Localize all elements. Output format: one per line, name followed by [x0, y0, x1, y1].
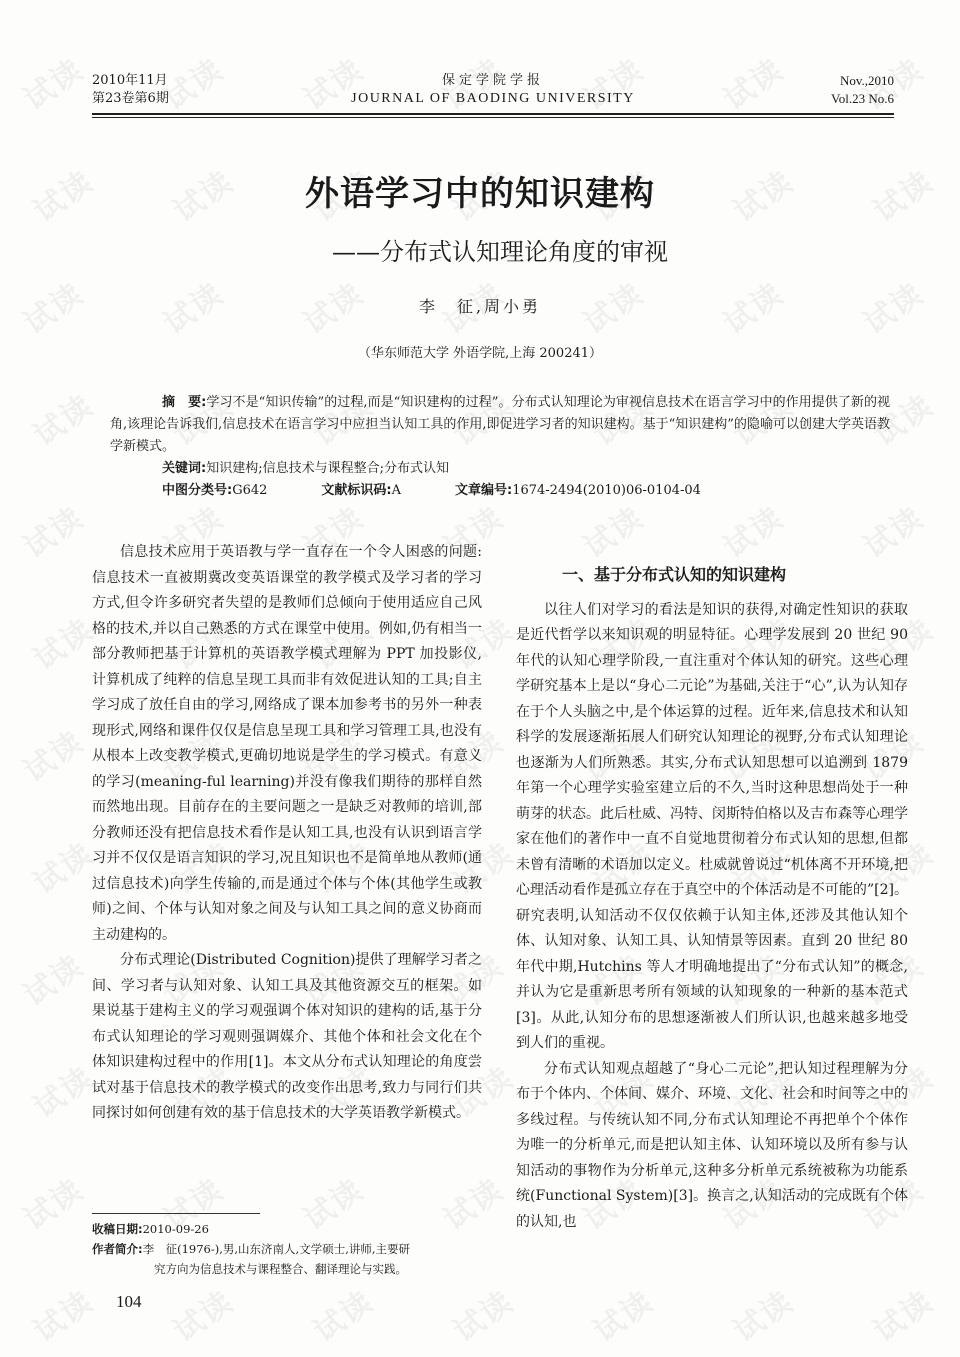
- abstract-text: 学习不是“知识传输”的过程,而是“知识建构的过程”。分布式认知理论为审视信息技术…: [110, 395, 890, 454]
- journal-name-en: JOURNAL OF BAODING UNIVERSITY: [92, 90, 894, 108]
- page-number: 104: [116, 1292, 142, 1312]
- bio-line-1: 李 征(1976-),男,山东济南人,文学硕士,讲师,主要研: [143, 1242, 410, 1256]
- received-value: 2010-09-26: [143, 1222, 209, 1236]
- clc-field: 中图分类号:G642: [162, 480, 267, 502]
- body-paragraph: 分布式理论(Distributed Cognition)提供了理解学习者之间、学…: [92, 948, 482, 1127]
- header-center: 保定学院学报 JOURNAL OF BAODING UNIVERSITY: [92, 72, 894, 108]
- clc-value: G642: [232, 483, 267, 498]
- keywords-value: 知识建构;信息技术与课程整合;分布式认知: [206, 461, 449, 476]
- abstract-label: 摘 要:: [162, 395, 206, 410]
- abstract-block: 摘 要:学习不是“知识传输”的过程,而是“知识建构的过程”。分布式认知理论为审视…: [110, 392, 890, 502]
- body-column-left: 信息技术应用于英语教与学一直存在一个令人困惑的问题:信息技术一直被期冀改变英语课…: [92, 540, 482, 1127]
- article-subtitle: ——分布式认知理论角度的审视: [0, 232, 960, 267]
- issue-volume-en: Vol.23 No.6: [831, 90, 894, 108]
- doc-code-field: 文献标识码:A: [321, 480, 401, 502]
- article-authors: 李 征,周小勇: [0, 294, 960, 317]
- received-label: 收稿日期:: [92, 1222, 143, 1236]
- footnote-divider: [92, 1213, 260, 1214]
- header-rule-thick: [92, 113, 894, 115]
- article-no-label: 文章编号:: [455, 483, 512, 498]
- running-header: 2010年11月 第23卷第6期 保定学院学报 JOURNAL OF BAODI…: [92, 72, 894, 112]
- doc-code-label: 文献标识码:: [321, 483, 391, 498]
- issue-date-en: Nov.,2010: [831, 72, 894, 90]
- author-bio: 作者简介:李 征(1976-),男,山东济南人,文学硕士,讲师,主要研: [92, 1239, 492, 1259]
- classification-line: 中图分类号:G642 文献标识码:A 文章编号:1674-2494(2010)0…: [162, 480, 890, 502]
- article-no-field: 文章编号:1674-2494(2010)06-0104-04: [455, 480, 701, 502]
- body-paragraph: 信息技术应用于英语教与学一直存在一个令人困惑的问题:信息技术一直被期冀改变英语课…: [92, 540, 482, 948]
- footnotes: 收稿日期:2010-09-26 作者简介:李 征(1976-),男,山东济南人,…: [92, 1219, 492, 1279]
- keywords-line: 关键词:知识建构;信息技术与课程整合;分布式认知: [162, 458, 890, 480]
- bio-line-2: 究方向为信息技术与课程整合、翻译理论与实践。: [92, 1259, 492, 1279]
- body-paragraph: 以往人们对学习的看法是知识的获得,对确定性知识的获取是近代哲学以来知识观的明显特…: [516, 598, 908, 1057]
- header-rule-thin: [92, 117, 894, 118]
- article-no-value: 1674-2494(2010)06-0104-04: [512, 483, 701, 498]
- doc-code-value: A: [392, 483, 401, 498]
- body-paragraph: 分布式认知观点超越了“身心二元论”,把认知过程理解为分布于个体内、个体间、媒介、…: [516, 1057, 908, 1236]
- header-right: Nov.,2010 Vol.23 No.6: [831, 72, 894, 108]
- clc-label: 中图分类号:: [162, 483, 232, 498]
- body-column-right: 一、基于分布式认知的知识建构 以往人们对学习的看法是知识的获得,对确定性知识的获…: [516, 540, 908, 1235]
- bio-label: 作者简介:: [92, 1242, 143, 1256]
- received-date: 收稿日期:2010-09-26: [92, 1219, 492, 1239]
- article-title: 外语学习中的知识建构: [0, 166, 960, 215]
- keywords-label: 关键词:: [162, 461, 206, 476]
- author-affiliation: （华东师范大学 外语学院,上海 200241）: [0, 342, 960, 361]
- abstract-paragraph: 摘 要:学习不是“知识传输”的过程,而是“知识建构的过程”。分布式认知理论为审视…: [110, 392, 890, 458]
- section-heading: 一、基于分布式认知的知识建构: [562, 562, 908, 588]
- journal-name-cn: 保定学院学报: [92, 72, 894, 90]
- journal-page: 2010年11月 第23卷第6期 保定学院学报 JOURNAL OF BAODI…: [0, 0, 960, 1357]
